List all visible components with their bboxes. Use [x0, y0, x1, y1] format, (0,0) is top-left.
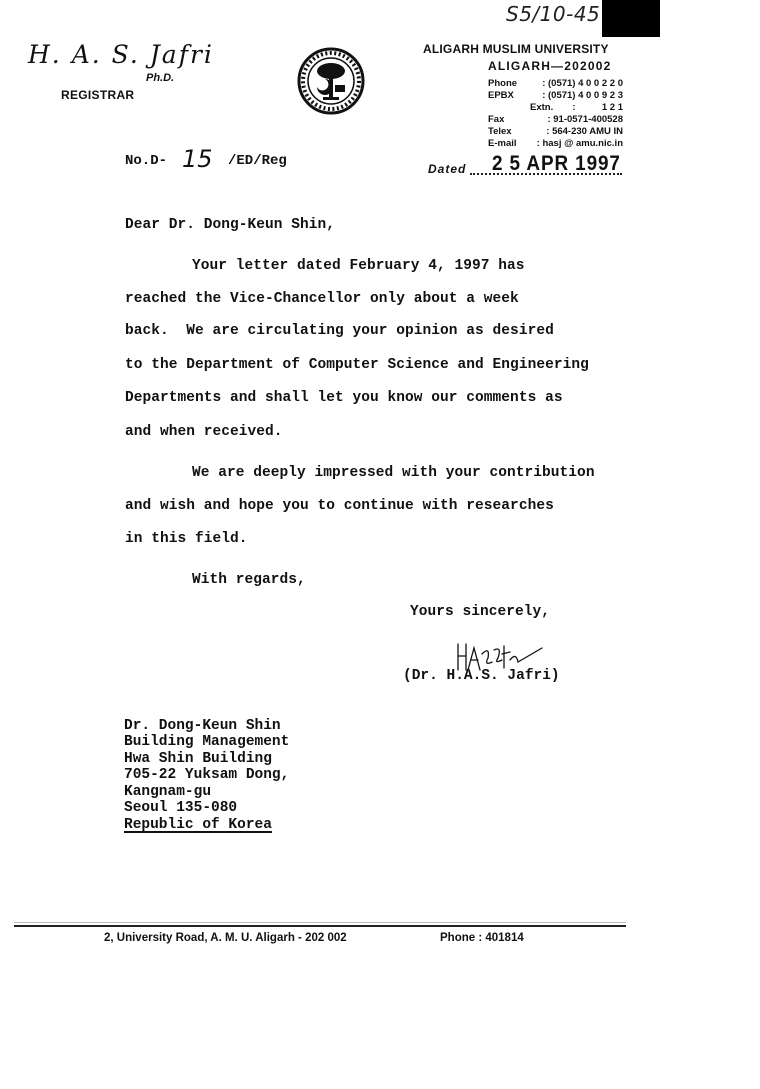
- registrar-name: H. A. S. Jafri: [28, 40, 214, 69]
- contact-label: Extn.: [530, 102, 553, 114]
- salutation: Dear Dr. Dong-Keun Shin,: [125, 217, 335, 233]
- registrar-degree: Ph.D.: [146, 72, 174, 84]
- contact-value: : hasj @ amu.nic.in: [537, 138, 623, 150]
- contact-label: E-mail: [488, 138, 517, 150]
- contact-value: : 1 2 1: [572, 102, 623, 114]
- university-name: ALIGARH MUSLIM UNIVERSITY: [423, 42, 609, 56]
- reference-number-handwritten: 15: [182, 145, 213, 173]
- address-line: Building Management: [124, 734, 289, 751]
- dated-label: Dated: [428, 162, 466, 176]
- contact-value: : 91-0571-400528: [547, 114, 623, 126]
- redaction-block: [602, 0, 660, 37]
- paragraph-line: and wish and hope you to continue with r…: [125, 498, 554, 514]
- paragraph-line: and when received.: [125, 424, 283, 440]
- contact-value: : 564-230 AMU IN: [546, 126, 623, 138]
- contact-label: Fax: [488, 114, 504, 126]
- registrar-title: REGISTRAR: [61, 88, 134, 102]
- handwritten-file-reference: S5/10-45: [506, 2, 600, 26]
- signatory-name: (Dr. H.A.S. Jafri): [403, 668, 560, 684]
- address-country: Republic of Korea: [124, 817, 272, 834]
- footer-divider-faint: [14, 922, 626, 923]
- date-stamp: 2 5 APR 1997: [492, 152, 621, 176]
- contact-label: EPBX: [488, 90, 514, 102]
- contact-fax: Fax : 91-0571-400528: [488, 114, 623, 126]
- paragraph-line: back. We are circulating your opinion as…: [125, 323, 554, 339]
- paragraph-line: reached the Vice-Chancellor only about a…: [125, 291, 519, 307]
- contact-value: : (0571) 4 0 0 2 2 0: [542, 78, 623, 90]
- paragraph-line: Your letter dated February 4, 1997 has: [192, 258, 525, 274]
- contact-label: Phone: [488, 78, 517, 90]
- contact-epbx: EPBX : (0571) 4 0 0 9 2 3: [488, 90, 623, 102]
- address-line: Dr. Dong-Keun Shin: [124, 718, 281, 735]
- contact-email: E-mail : hasj @ amu.nic.in: [488, 138, 623, 150]
- university-city: ALIGARH—202002: [488, 59, 612, 73]
- contact-phone: Phone : (0571) 4 0 0 2 2 0: [488, 78, 623, 90]
- regards: With regards,: [192, 572, 306, 588]
- contact-extension: Extn. : 1 2 1: [488, 102, 623, 114]
- paragraph-line: We are deeply impressed with your contri…: [192, 465, 595, 481]
- closing: Yours sincerely,: [410, 604, 550, 620]
- reference-prefix: No.D-: [125, 153, 167, 169]
- address-line: Kangnam-gu: [124, 784, 211, 801]
- address-line: Seoul 135-080: [124, 800, 237, 817]
- address-line: Hwa Shin Building: [124, 751, 272, 768]
- paragraph-line: in this field.: [125, 531, 248, 547]
- footer-phone: Phone : 401814: [440, 932, 524, 944]
- paragraph-line: Departments and shall let you know our c…: [125, 390, 563, 406]
- paragraph-line: to the Department of Computer Science an…: [125, 357, 589, 373]
- footer-address: 2, University Road, A. M. U. Aligarh - 2…: [104, 932, 347, 944]
- address-line: 705-22 Yuksam Dong,: [124, 767, 289, 784]
- footer-divider: [14, 925, 626, 927]
- contact-label: Telex: [488, 126, 512, 138]
- contact-value: : (0571) 4 0 0 9 2 3: [542, 90, 623, 102]
- reference-suffix: /ED/Reg: [228, 153, 287, 169]
- university-seal-icon: [297, 47, 365, 115]
- contact-telex: Telex : 564-230 AMU IN: [488, 126, 623, 138]
